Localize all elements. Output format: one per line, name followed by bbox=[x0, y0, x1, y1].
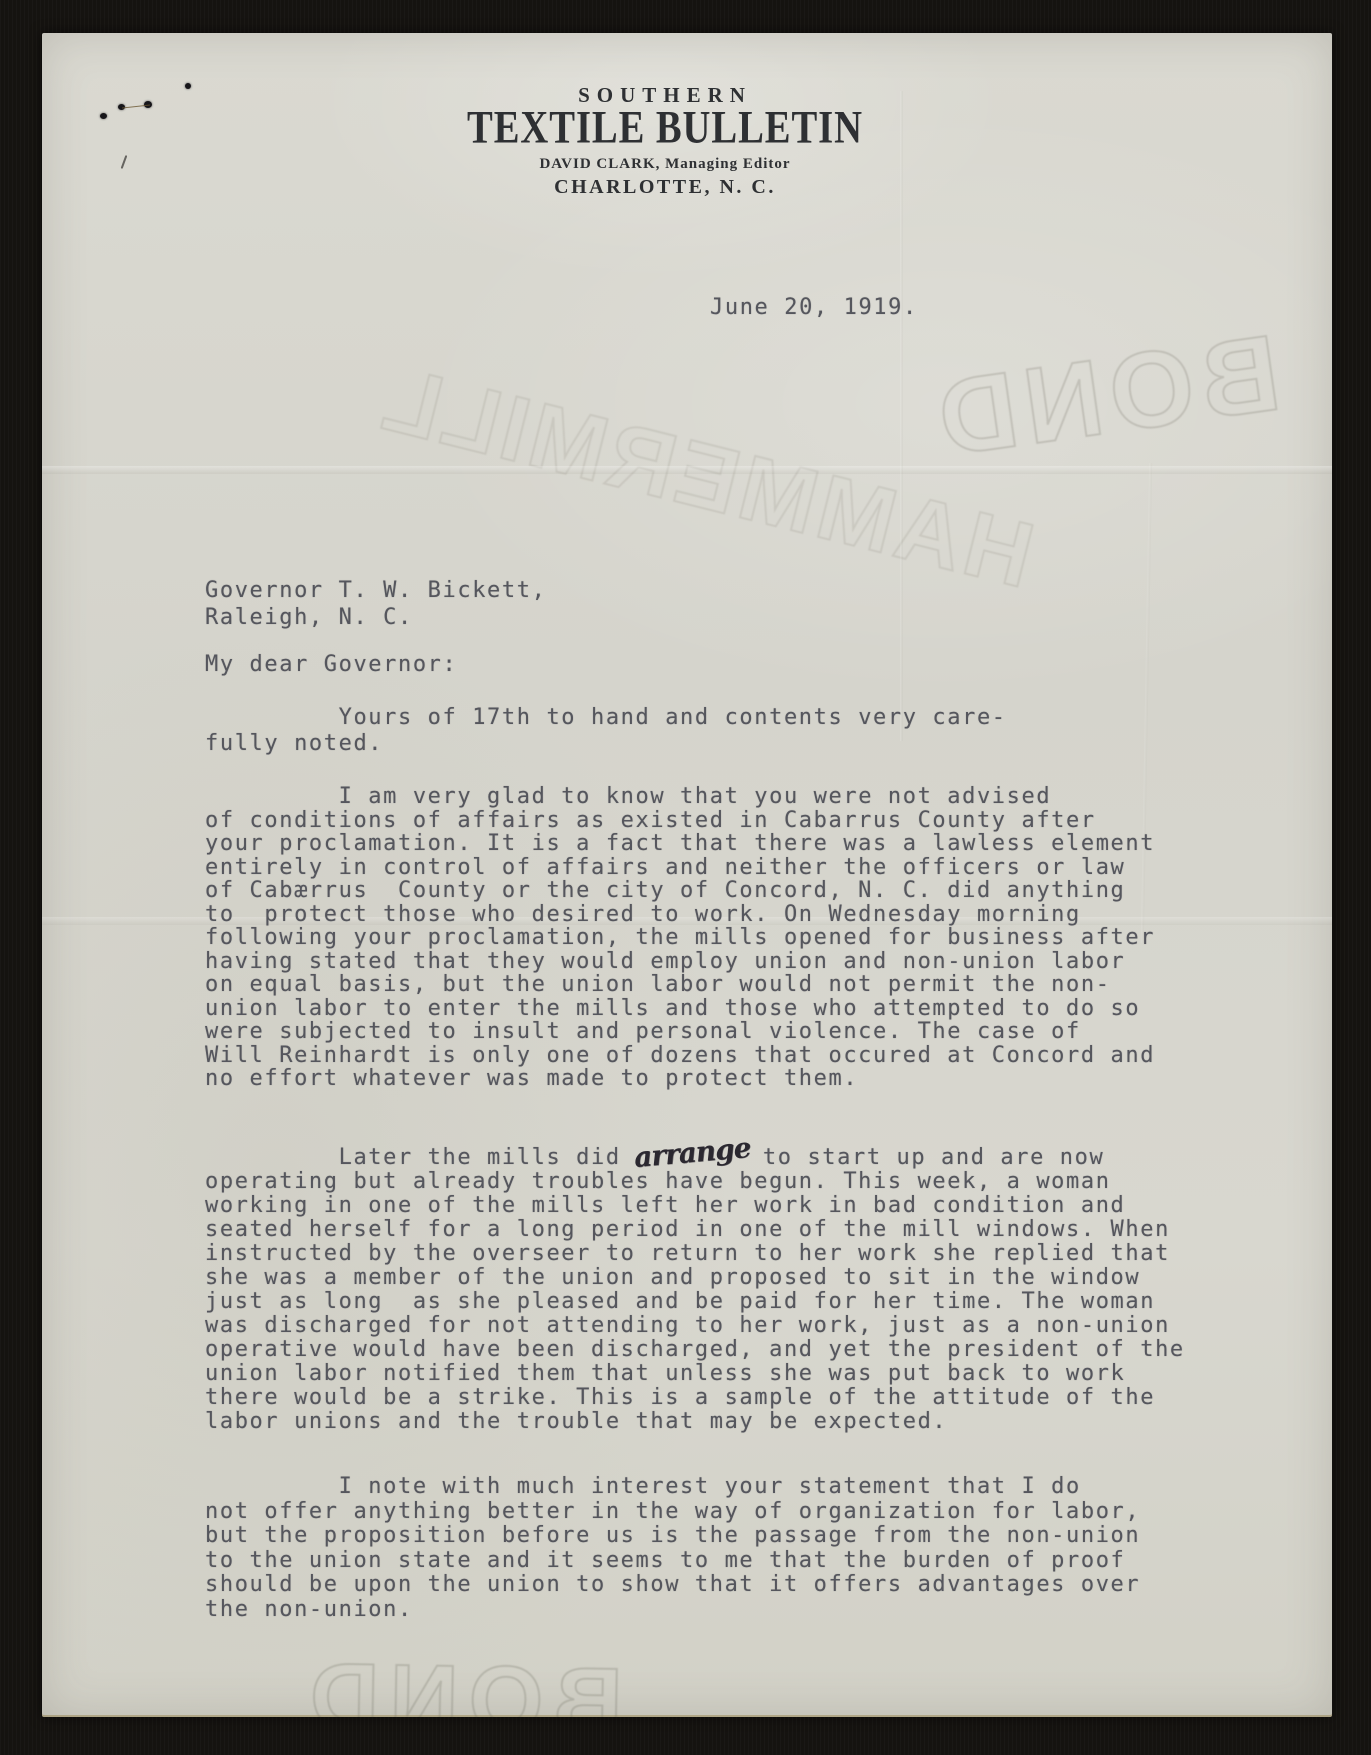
letterhead-city-line: CHARLOTTE, N. C. bbox=[42, 176, 1310, 199]
letterhead-editor-line: DAVID CLARK, Managing Editor bbox=[42, 156, 1310, 173]
fold-crease-horizontal bbox=[42, 466, 1332, 474]
scanned-letter-page: BOND HAMMERMILL BOND SOUTHERN TEXTILE BU… bbox=[42, 33, 1332, 1717]
paragraph-3-text-after: to start up and are now operating but al… bbox=[205, 1145, 1185, 1434]
salutation: My dear Governor: bbox=[205, 653, 457, 677]
letterhead: SOUTHERN TEXTILE BULLETIN DAVID CLARK, M… bbox=[42, 83, 1310, 199]
date-line: June 20, 1919. bbox=[710, 296, 918, 320]
paper-watermark-bond-bottom: BOND bbox=[299, 1642, 624, 1717]
paper-watermark-bond-top: BOND bbox=[923, 309, 1287, 481]
body-paragraph-4: I note with much interest your statement… bbox=[205, 1475, 1140, 1622]
recipient-address: Governor T. W. Bickett, Raleigh, N. C. bbox=[205, 577, 546, 631]
handwritten-correction: arrange bbox=[633, 1136, 751, 1170]
body-paragraph-3: Later the mills did arrange to start up … bbox=[205, 1143, 1185, 1434]
letterhead-publication-title: TEXTILE BULLETIN bbox=[72, 101, 1259, 155]
body-paragraph-2: I am very glad to know that you were not… bbox=[205, 785, 1155, 1091]
paragraph-3-text-before: Later the mills did bbox=[205, 1145, 636, 1170]
body-paragraph-1: Yours of 17th to hand and contents very … bbox=[205, 705, 1007, 757]
